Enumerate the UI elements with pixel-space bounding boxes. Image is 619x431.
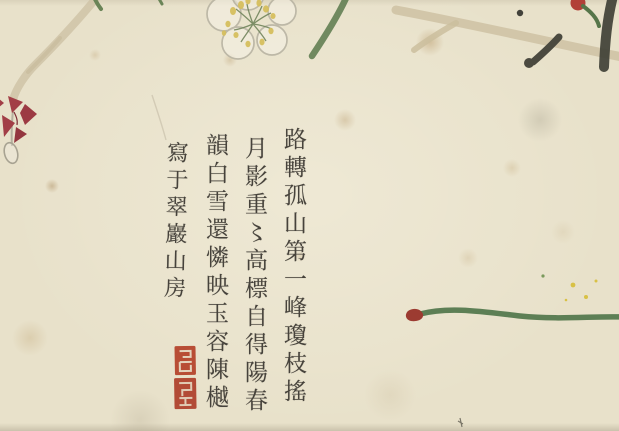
inscription-column-4-signature: 寫于翠巖山房: [161, 141, 186, 303]
red-blossom-left: [0, 96, 37, 143]
paint-speckles: [565, 280, 598, 302]
green-tip-sprouts: [94, 0, 162, 9]
painting-artwork: [0, 0, 619, 431]
branch-green-top: [312, 0, 347, 56]
white-plum-blossom: [207, 0, 296, 59]
branch-green-bottom-right: [406, 274, 619, 427]
branch-pale-top-right: [396, 10, 619, 57]
small-ink-mark: [458, 418, 463, 427]
inscription-column-2: 月影重〻高標自得陽春: [242, 136, 265, 416]
inscription-column-1: 路轉孤山第一峰瓊枝搖: [281, 127, 304, 407]
painting-canvas: 路轉孤山第一峰瓊枝搖 月影重〻高標自得陽春 韻白雪還憐映玉容陳樾 寫于翠巖山房: [0, 0, 619, 431]
bud-outline: [2, 141, 20, 165]
faint-twig: [152, 95, 166, 140]
inscription-column-3: 韻白雪還憐映玉容陳樾: [203, 133, 226, 413]
branch-red-tip: [406, 309, 423, 321]
ink-dot: [517, 10, 523, 16]
artist-seal: [173, 346, 196, 409]
branch-pale-top-left: [12, 0, 98, 146]
red-bud-top-right: [571, 0, 600, 26]
